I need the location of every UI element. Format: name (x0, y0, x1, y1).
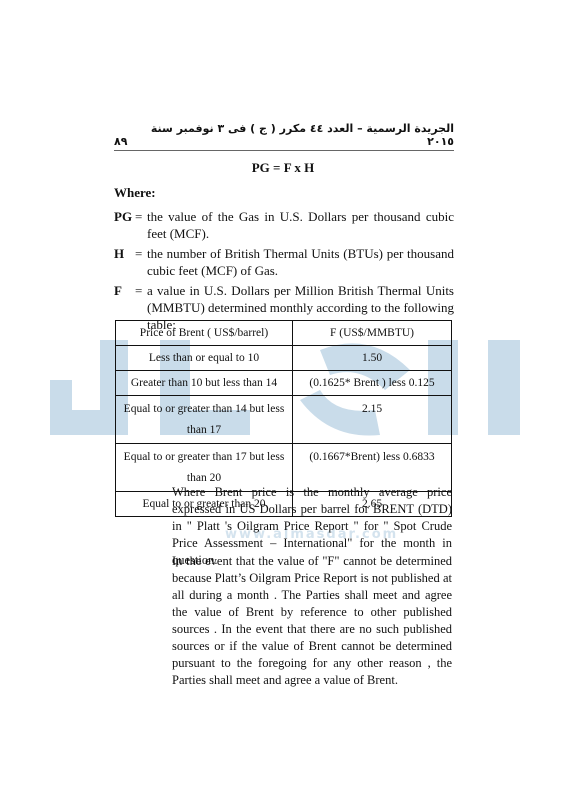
definition-text: the number of British Thermal Units (BTU… (147, 245, 454, 279)
table-cell: Equal to or greater than 14 but less tha… (116, 396, 293, 444)
column-header: Price of Brent ( US$/barrel) (116, 321, 293, 346)
table-row: Equal to or greater than 14 but less tha… (116, 396, 452, 444)
table-row: Less than or equal to 10 1.50 (116, 346, 452, 371)
definition-equals: = (135, 245, 147, 279)
definition-h: H = the number of British Thermal Units … (114, 245, 454, 279)
definition-equals: = (135, 208, 147, 242)
table-cell: Greater than 10 but less than 14 (116, 371, 293, 396)
definition-pg: PG = the value of the Gas in U.S. Dollar… (114, 208, 454, 242)
table-cell: Less than or equal to 10 (116, 346, 293, 371)
table-cell: 1.50 (293, 346, 452, 371)
table-cell: 2.15 (293, 396, 452, 444)
table-header-row: Price of Brent ( US$/barrel) F (US$/MMBT… (116, 321, 452, 346)
column-header: F (US$/MMBTU) (293, 321, 452, 346)
where-label: Where: (114, 185, 156, 201)
document-page: ٨٩ الجريدة الرسمية – العدد ٤٤ مكرر ( ج )… (0, 0, 566, 800)
definition-text: the value of the Gas in U.S. Dollars per… (147, 208, 454, 242)
fallback-clause: In the event that the value of "F" canno… (172, 553, 452, 689)
page-number: ٨٩ (114, 135, 127, 148)
definition-symbol: PG (114, 208, 135, 242)
table-cell: (0.1625* Brent ) less 0.125 (293, 371, 452, 396)
gazette-title: الجريدة الرسمية – العدد ٤٤ مكرر ( ج ) فى… (127, 122, 454, 148)
formula: PG = F x H (0, 160, 566, 176)
definition-symbol: H (114, 245, 135, 279)
page-header: ٨٩ الجريدة الرسمية – العدد ٤٤ مكرر ( ج )… (114, 130, 454, 151)
table-row: Greater than 10 but less than 14 (0.1625… (116, 371, 452, 396)
